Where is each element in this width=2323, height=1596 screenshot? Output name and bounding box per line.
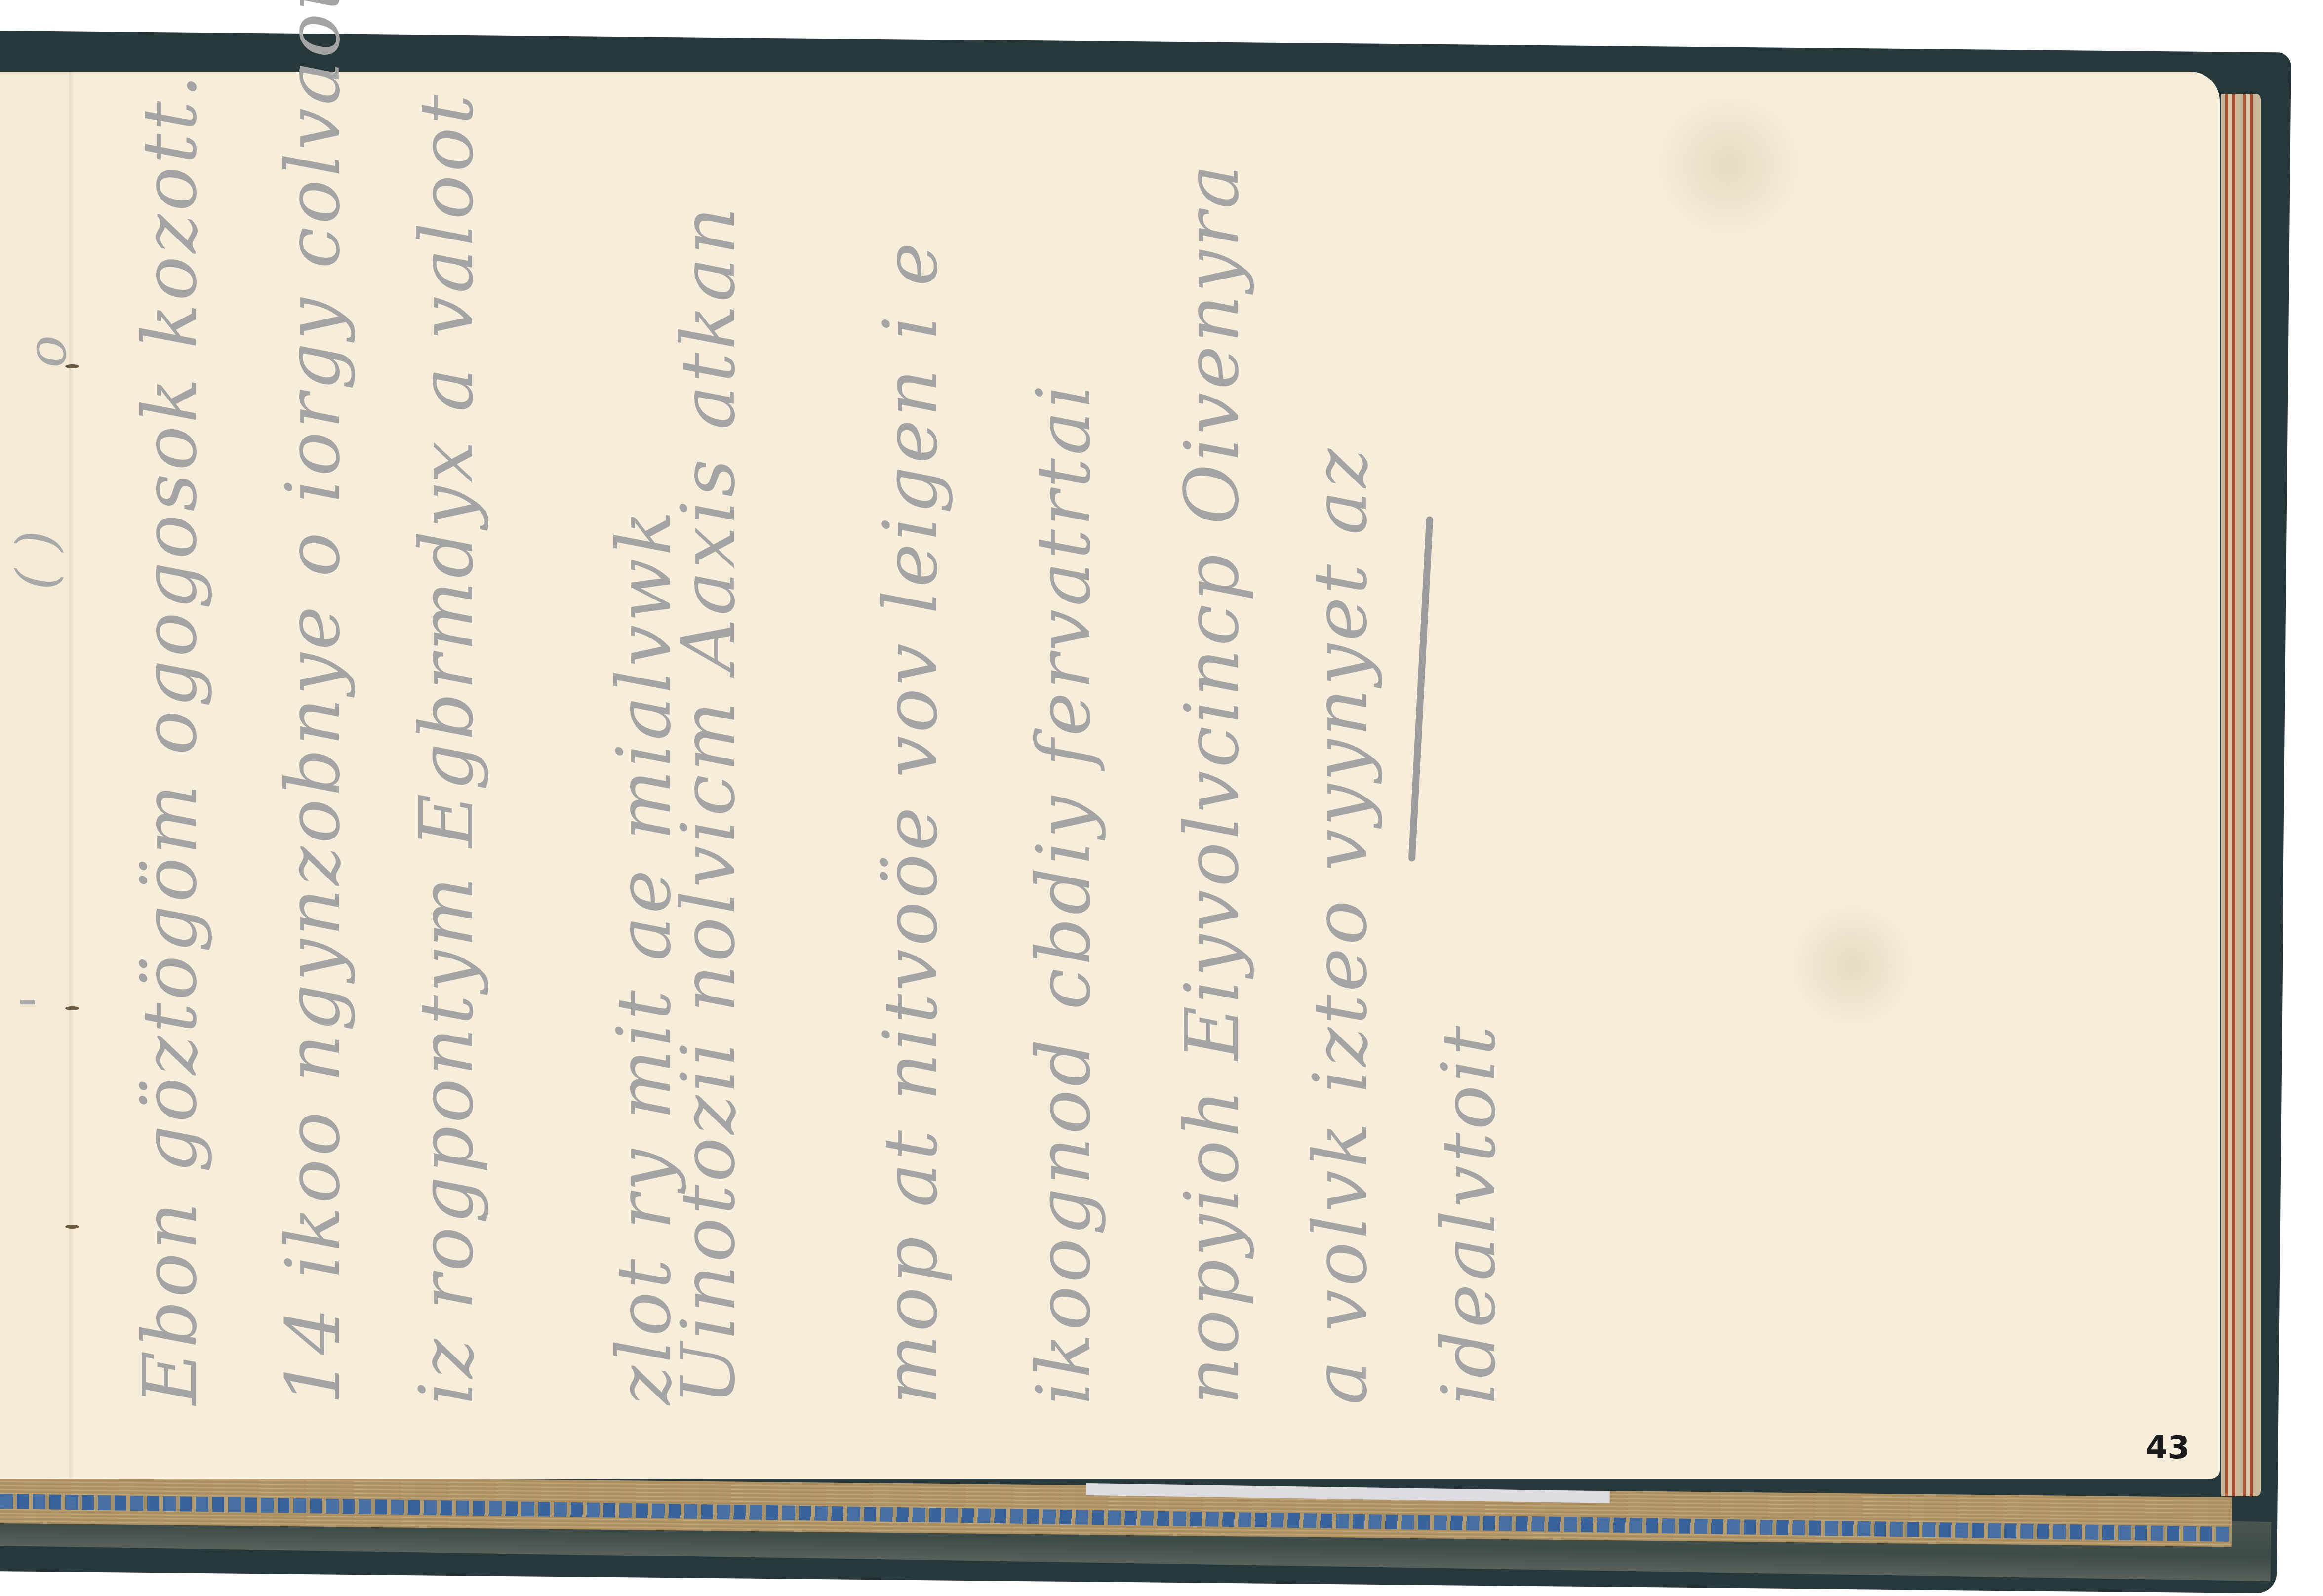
left-page-fragment: ' xyxy=(10,995,73,1010)
handwriting-line-9: a volvk izteo vyynyet az xyxy=(1304,446,1378,1405)
handwriting-line-6: mop at nitvoöe vov leigen i e xyxy=(874,239,948,1405)
stitch-hole xyxy=(65,1006,79,1010)
handwriting-line-1: Ebon göztögöm ogogosok kozott. xyxy=(133,72,207,1405)
handwriting-line-2: 14 ikoo ngynzobnye o iorgy colvaotom xyxy=(277,0,351,1405)
closing-underline xyxy=(1408,516,1434,862)
left-page: ( ) ' o xyxy=(0,72,70,1479)
gutter-fold xyxy=(69,72,74,1479)
handwriting-line-10: idealvtoit xyxy=(1432,1023,1506,1405)
handwriting-line-8: nopyioh Eiyvolvcincp Oivenyra xyxy=(1175,162,1249,1405)
page-fore-edge xyxy=(2221,94,2261,1496)
handwriting-line-7: ikoognod cbdiy fervatrtai xyxy=(1027,382,1101,1405)
paper-stain xyxy=(1788,901,1916,1030)
notebook-spread: ( ) ' o Ebon göztögöm ogogosok kozott. 1… xyxy=(0,72,2220,1479)
page-number: 43 xyxy=(2146,1430,2190,1466)
handwriting-line-3: iz rogpontym Egbrmdyx a valoot xyxy=(410,92,484,1405)
left-page-fragment: o xyxy=(15,335,78,368)
left-page-fragment: ( ) xyxy=(5,530,68,590)
paper-stain xyxy=(1654,91,1802,239)
handwriting-line-5: Uinotozii nolvicm Aaxis atkan xyxy=(672,204,746,1405)
stitch-hole xyxy=(65,364,79,368)
stitch-hole xyxy=(65,1225,79,1229)
